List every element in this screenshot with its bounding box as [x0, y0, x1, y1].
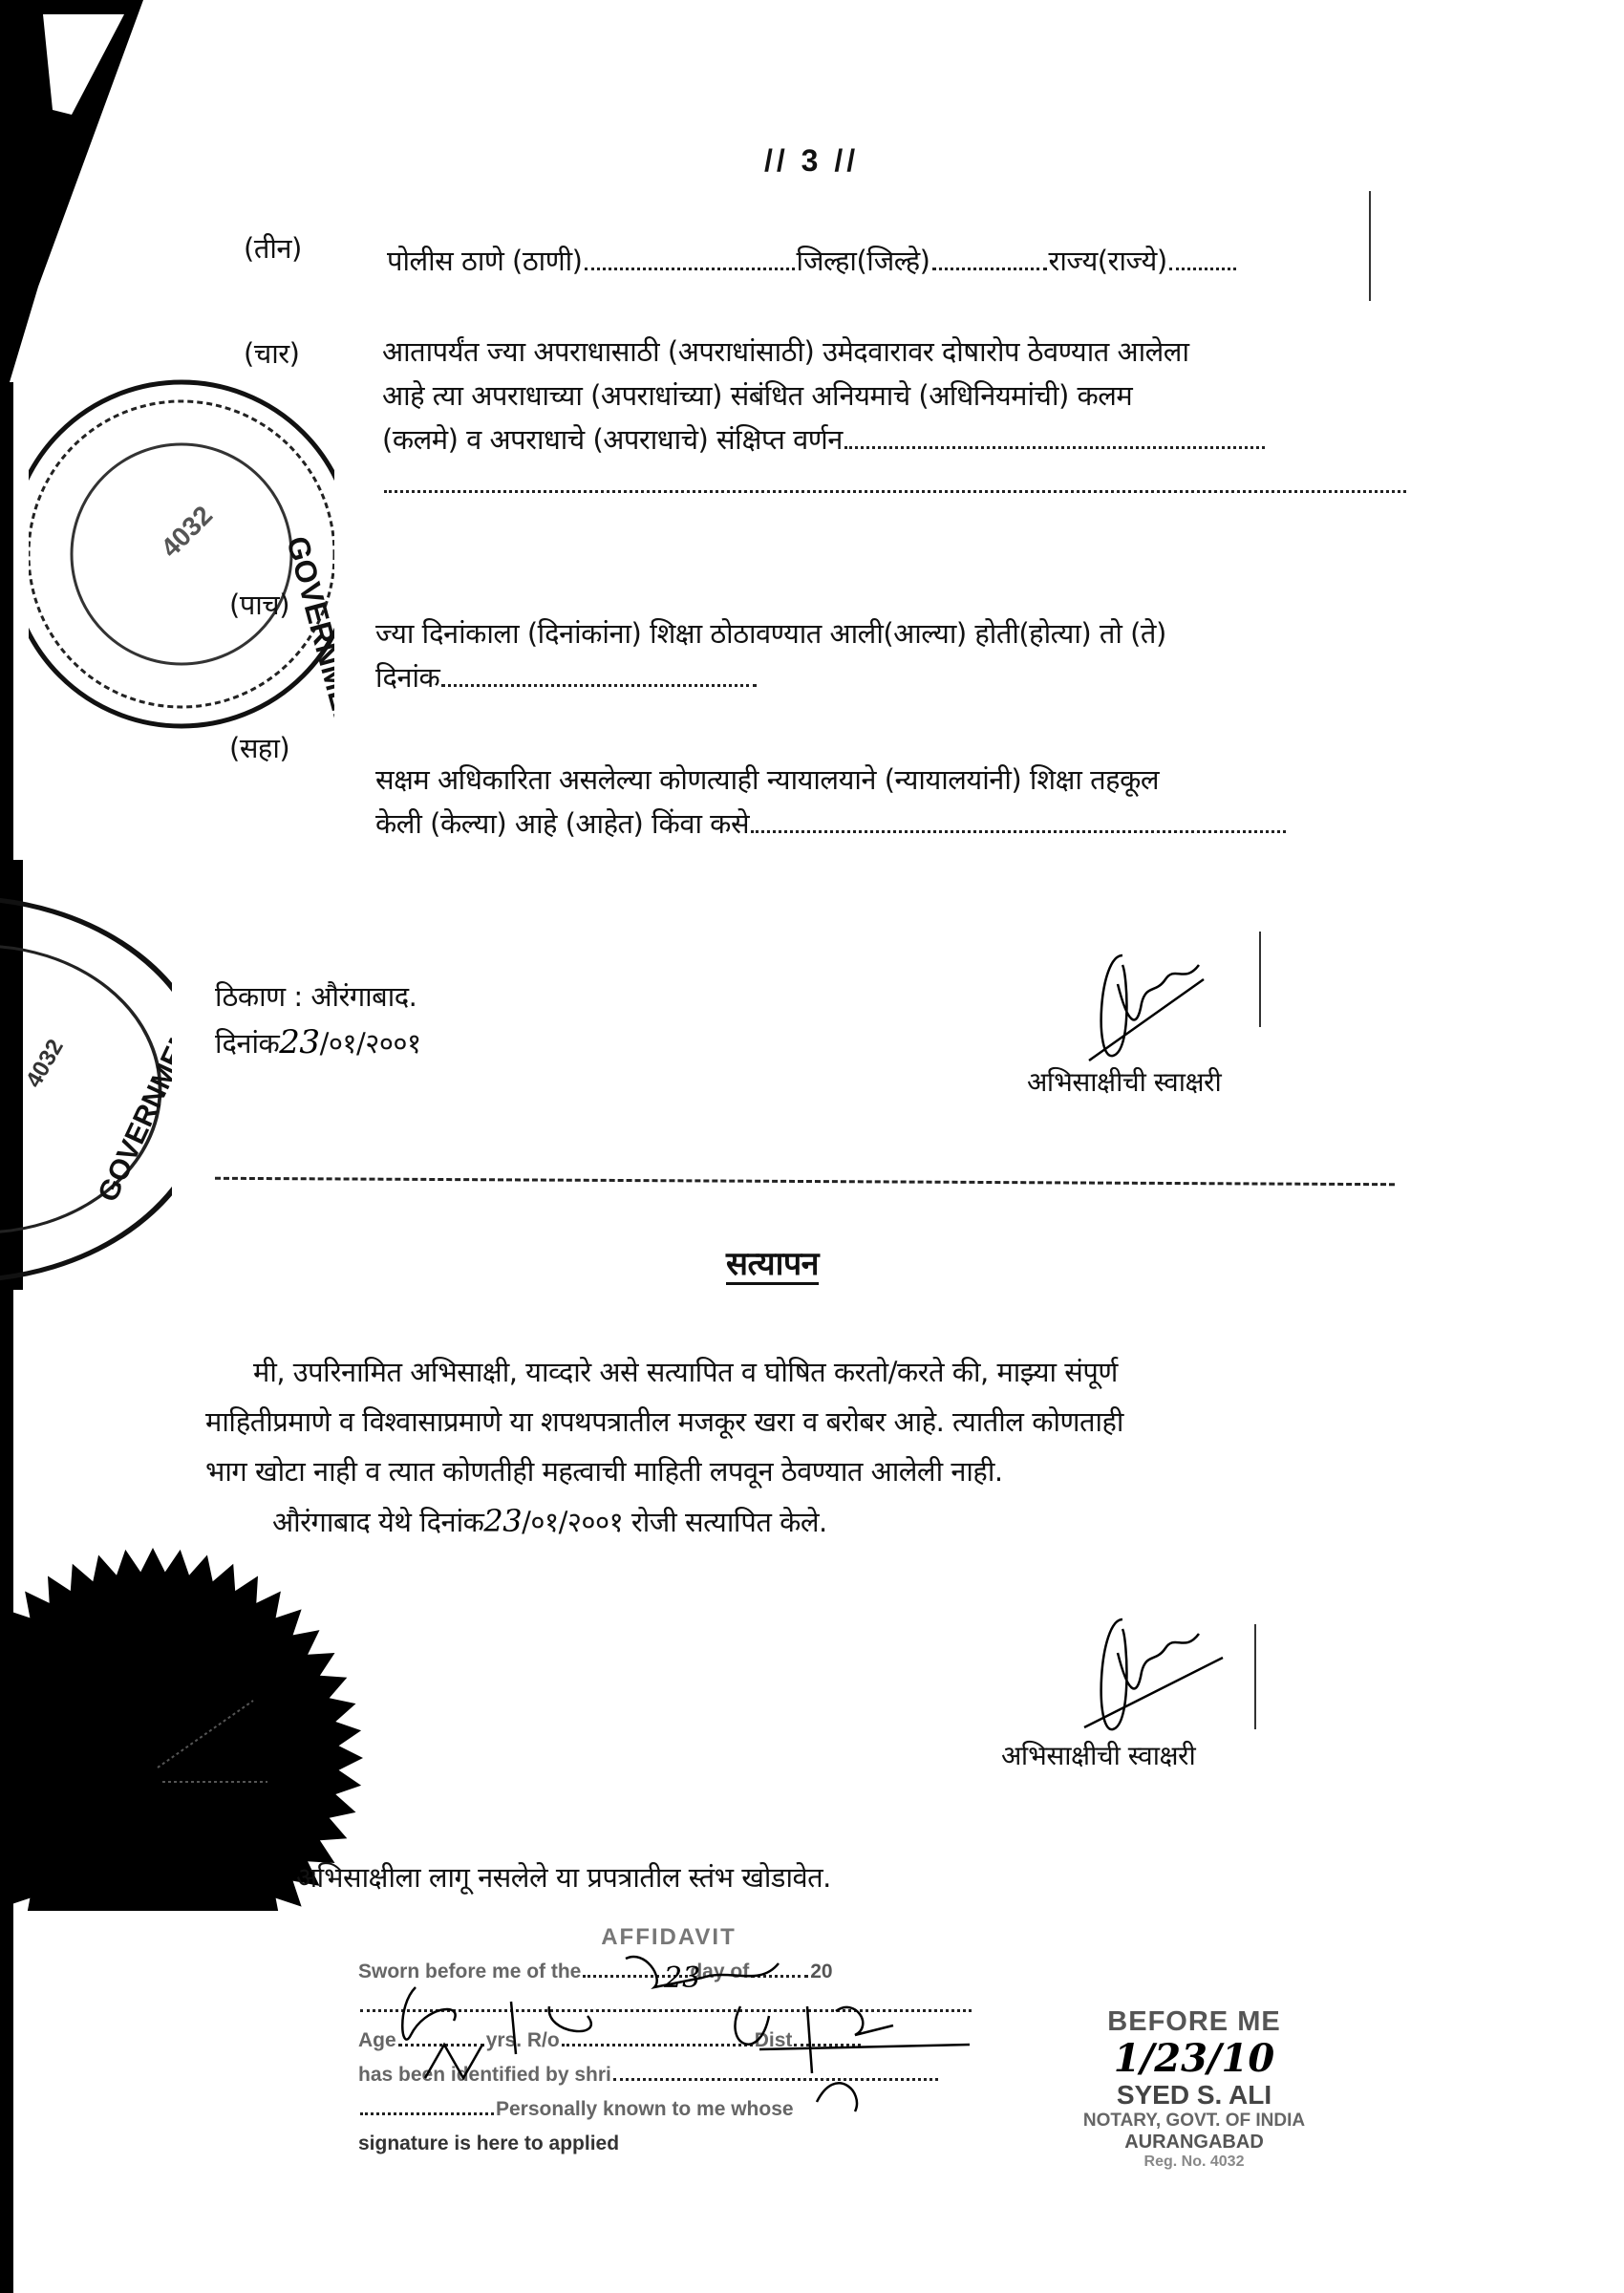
margin-line	[1369, 191, 1371, 301]
verification-line-3: भाग खोटा नाही व त्यात कोणतीही महत्वाची म…	[205, 1447, 1447, 1496]
item-4-line-1: आतापर्यंत ज्या अपराधासाठी (अपराधांसाठी) …	[382, 330, 1442, 374]
svg-text:4032: 4032	[155, 500, 218, 563]
item-6-line-1: सक्षम अधिकारिता असलेल्या कोणत्याही न्याय…	[375, 758, 1445, 802]
police-station-field[interactable]	[585, 268, 795, 270]
state-label: राज्य(राज्ये)	[1049, 245, 1167, 277]
deponent-signature-label-2: अभिसाक्षीची स्वाक्षरी	[1001, 1734, 1195, 1778]
item-4-line-2: आहे त्या अपराधाच्या (अपराधांच्या) संबंधि…	[382, 374, 1442, 418]
closing-suffix: /०१/२००१ रोजी सत्यापित केले.	[522, 1506, 827, 1538]
svg-text:GOVERNMENT OF INDIA: GOVERNMENT OF INDIA	[92, 889, 172, 1207]
section-divider	[215, 1177, 1395, 1186]
date-label: दिनांक	[215, 1027, 279, 1060]
verification-line-1: मी, उपरिनामित अभिसाक्षी, याव्दारे असे सत…	[205, 1347, 1447, 1397]
item-marker-4: (चार)	[244, 332, 299, 375]
svg-text:23: 23	[663, 1961, 700, 1995]
item-marker-5: (पाच)	[229, 583, 289, 627]
deponent-signature-label-1: अभिसाक्षीची स्वाक्षरी	[1027, 1061, 1221, 1104]
item-marker-6: (सहा)	[229, 726, 289, 770]
offence-description-field[interactable]	[844, 446, 1265, 449]
district-label: जिल्हा(जिल्हे)	[797, 245, 930, 277]
notary-title: NOTARY, GOVT. OF INDIA	[1051, 2111, 1337, 2132]
closing-handwritten-date: 23	[483, 1503, 522, 1539]
svg-text:4032: 4032	[21, 1035, 69, 1092]
item-5-line-1: ज्या दिनांकाला (दिनांकांना) शिक्षा ठोठाव…	[375, 611, 1445, 655]
conviction-date-field[interactable]	[441, 684, 757, 687]
notary-seal-middle: GOVERNMENT OF INDIA 4032	[0, 889, 172, 1290]
notary-reg-no: Reg. No. 4032	[1051, 2154, 1337, 2171]
item-3-line: पोलीस ठाणे (ठाणी)जिल्हा(जिल्हे)राज्य(राज…	[387, 239, 1438, 283]
deponent-signature-1	[1070, 946, 1261, 1070]
date-printed: /०१/२००१	[320, 1027, 421, 1060]
item-6-text: सक्षम अधिकारिता असलेल्या कोणत्याही न्याय…	[375, 758, 1445, 846]
item-4-text: आतापर्यंत ज्या अपराधासाठी (अपराधांसाठी) …	[382, 330, 1442, 505]
notary-stamp: BEFORE ME 1/23/10 SYED S. ALI NOTARY, GO…	[1051, 2006, 1337, 2171]
embossed-seal	[0, 1529, 392, 1911]
page-number: // 3 //	[764, 143, 859, 179]
margin-line	[1259, 932, 1261, 1027]
item-6-line-2: केली (केल्या) आहे (आहेत) किंवा कसे	[375, 807, 749, 840]
verification-closing: औरंगाबाद येथे दिनांक23/०१/२००१ रोजी सत्य…	[205, 1496, 1447, 1547]
police-station-label: पोलीस ठाणे (ठाणी)	[387, 245, 583, 277]
item-4-line-3: (कलमे) व अपराधाचे (अपराधाचे) संक्षिप्त व…	[382, 423, 843, 456]
verification-line-2: माहितीप्रमाणे व विश्वासाप्रमाणे या शपथपत…	[205, 1397, 1447, 1447]
state-field[interactable]	[1169, 268, 1236, 270]
notary-handwritten-date: 1/23/10	[1051, 2038, 1337, 2080]
verification-paragraph: मी, उपरिनामित अभिसाक्षी, याव्दारे असे सत…	[205, 1347, 1447, 1547]
verification-heading: सत्यापन	[726, 1242, 819, 1286]
notary-city: AURANGABAD	[1051, 2132, 1337, 2154]
item-marker-3: (तीन)	[244, 226, 302, 270]
notary-name: SYED S. ALI	[1051, 2080, 1337, 2111]
closing-prefix: औरंगाबाद येथे दिनांक	[272, 1506, 483, 1538]
notary-before-me: BEFORE ME	[1051, 2006, 1337, 2038]
margin-line	[1254, 1624, 1256, 1729]
item-5-line-2: दिनांक	[375, 661, 439, 694]
sentence-stayed-field[interactable]	[751, 830, 1286, 833]
date-handwritten: 23	[279, 1023, 319, 1061]
affidavit-handwriting: 23	[358, 1949, 1008, 2140]
notary-seal-upper: GOVERNMENT OF INDIA 4032	[29, 368, 334, 740]
place-label: ठिकाण : औरंगाबाद.	[215, 975, 417, 1018]
district-field[interactable]	[932, 268, 1047, 270]
deponent-signature-2	[1065, 1615, 1256, 1739]
item-5-text: ज्या दिनांकाला (दिनांकांना) शिक्षा ठोठाव…	[375, 611, 1445, 699]
footnote: अभिसाक्षीला लागू नसलेले या प्रपत्रातील स…	[296, 1855, 831, 1899]
offence-description-field-2[interactable]	[384, 490, 1406, 493]
date-line: दिनांक23/०१/२००१	[215, 1020, 421, 1065]
svg-text:GOVERNMENT OF INDIA: GOVERNMENT OF INDIA	[280, 532, 334, 740]
